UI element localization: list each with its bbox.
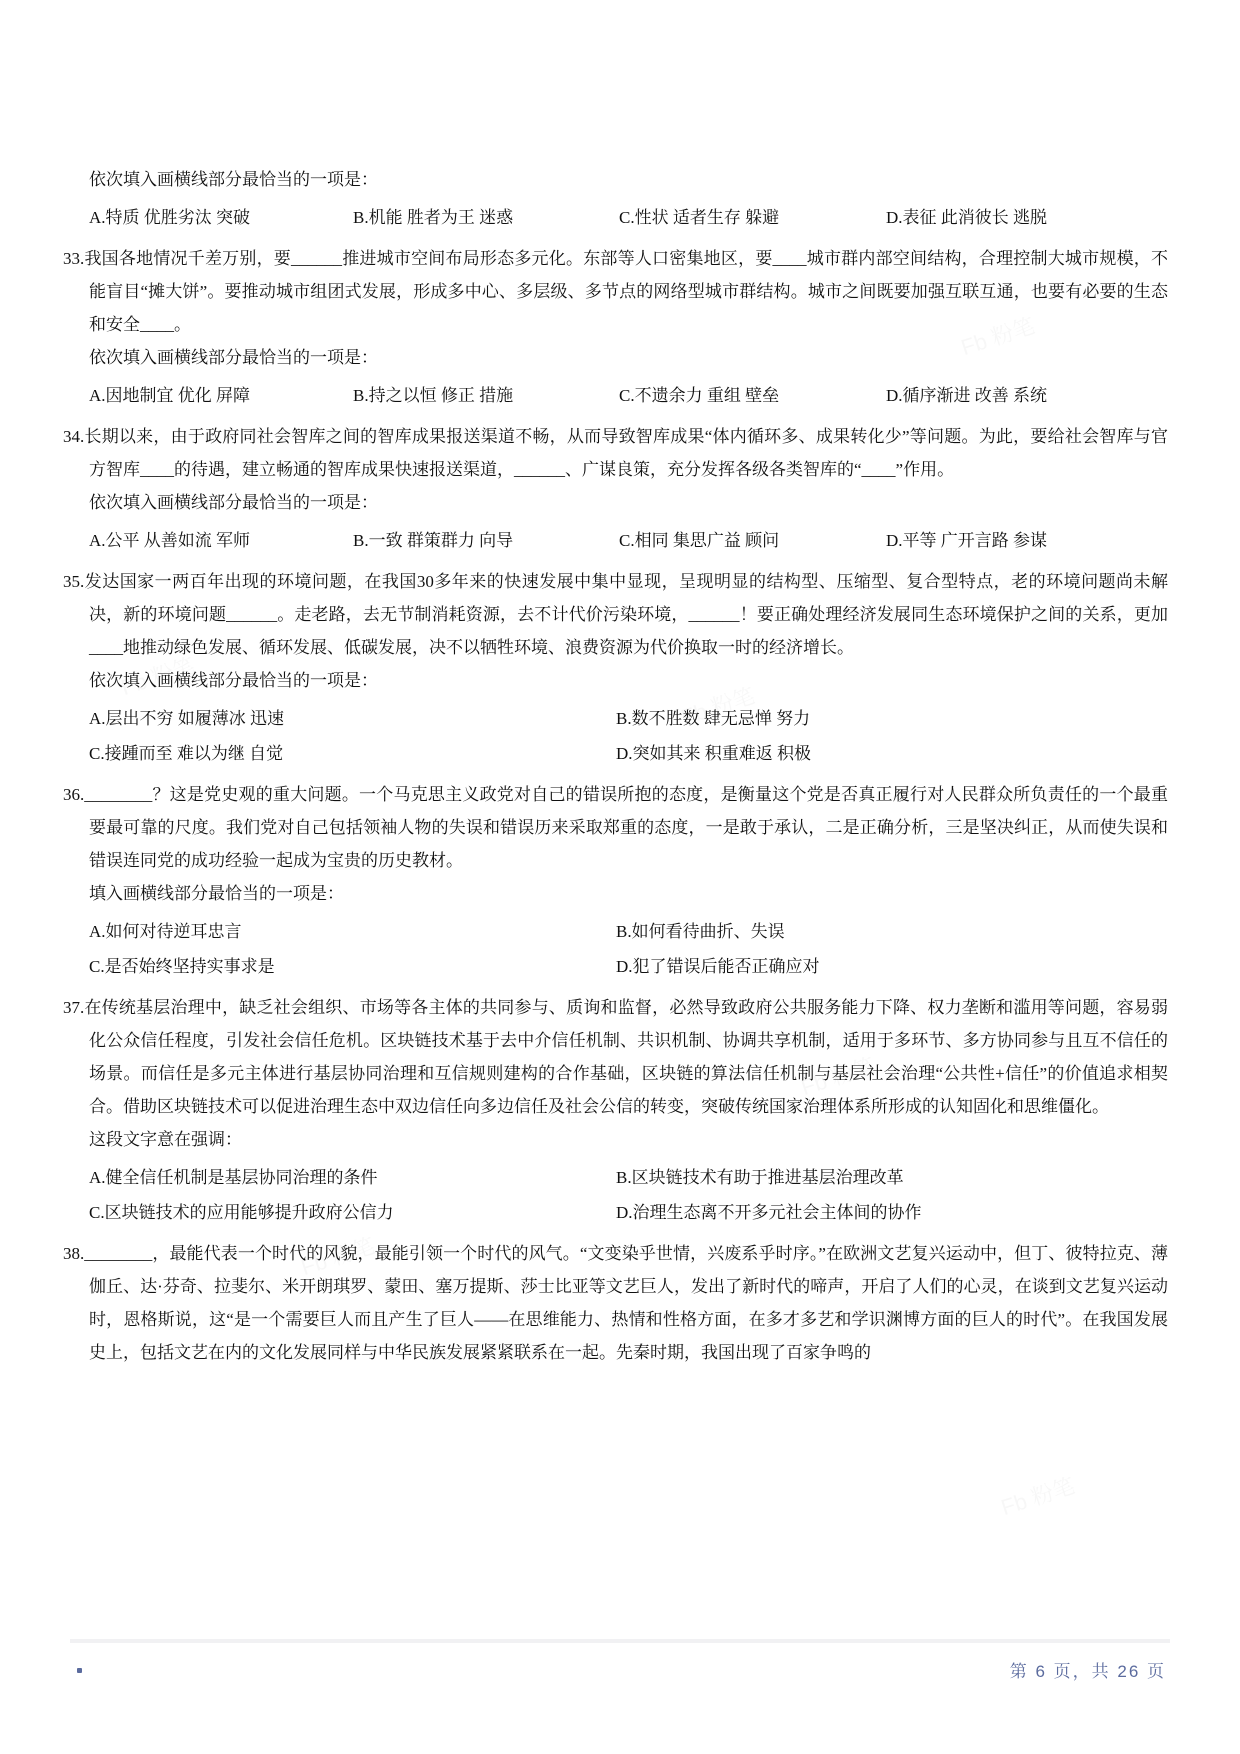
option-d: D.循序渐进 改善 系统 xyxy=(886,379,1168,412)
question-number: 33. xyxy=(63,249,84,268)
question-number: 36. xyxy=(63,785,84,804)
question-stem-text: ________？这是党史观的重大问题。一个马克思主义政党对自己的错误所抱的态度… xyxy=(84,785,1168,870)
exam-document-page: Fb 粉笔 Fb 粉笔 Fb 粉笔 Fb 粉笔 Fb 粉笔 Fb 粉笔 依次填入… xyxy=(0,0,1240,1754)
option-a: A.因地制宜 优化 屏障 xyxy=(89,379,353,412)
option-d: D.突如其来 积重难返 积极 xyxy=(616,737,1168,770)
question-leadin: 填入画横线部分最恰当的一项是： xyxy=(63,877,1168,910)
option-a: A.如何对待逆耳忠言 xyxy=(89,915,616,948)
option-b: B.数不胜数 肆无忌惮 努力 xyxy=(616,702,1168,735)
option-c: C.性状 适者生存 躲避 xyxy=(619,201,886,234)
option-c: C.区块链技术的应用能够提升政府公信力 xyxy=(89,1196,616,1229)
options-row: A.因地制宜 优化 屏障 B.持之以恒 修正 措施 C.不遗余力 重组 壁垒 D… xyxy=(63,379,1168,412)
option-b: B.持之以恒 修正 措施 xyxy=(353,379,619,412)
question-stem-text: ________，最能代表一个时代的风貌，最能引领一个时代的风气。“文变染乎世情… xyxy=(84,1244,1168,1362)
page-content: 依次填入画横线部分最恰当的一项是： A.特质 优胜劣汰 突破 B.机能 胜者为王… xyxy=(63,163,1168,1369)
options-row: A.特质 优胜劣汰 突破 B.机能 胜者为王 迷惑 C.性状 适者生存 躲避 D… xyxy=(63,201,1168,234)
question-stem: 35.发达国家一两百年出现的环境问题，在我国30多年来的快速发展中集中显现，呈现… xyxy=(63,565,1168,664)
question-stem: 36.________？这是党史观的重大问题。一个马克思主义政党对自己的错误所抱… xyxy=(63,778,1168,877)
question-number: 38. xyxy=(63,1244,84,1263)
question-leadin: 依次填入画横线部分最恰当的一项是： xyxy=(63,664,1168,697)
option-c: C.接踵而至 难以为继 自觉 xyxy=(89,737,616,770)
option-b: B.如何看待曲折、失误 xyxy=(616,915,1168,948)
question-stem-text: 长期以来，由于政府同社会智库之间的智库成果报送渠道不畅，从而导致智库成果“体内循… xyxy=(84,427,1168,479)
option-a: A.特质 优胜劣汰 突破 xyxy=(89,201,353,234)
question-38: 38.________，最能代表一个时代的风貌，最能引领一个时代的风气。“文变染… xyxy=(63,1237,1168,1369)
options-grid: A.健全信任机制是基层协同治理的条件 B.区块链技术有助于推进基层治理改革 C.… xyxy=(63,1161,1168,1229)
option-a: A.健全信任机制是基层协同治理的条件 xyxy=(89,1161,616,1194)
question-stem: 38.________，最能代表一个时代的风貌，最能引领一个时代的风气。“文变染… xyxy=(63,1237,1168,1369)
option-a: A.公平 从善如流 军师 xyxy=(89,524,353,557)
option-c: C.是否始终坚持实事求是 xyxy=(89,950,616,983)
options-row: A.公平 从善如流 军师 B.一致 群策群力 向导 C.相同 集思广益 顾问 D… xyxy=(63,524,1168,557)
options-grid: A.层出不穷 如履薄冰 迅速 B.数不胜数 肆无忌惮 努力 C.接踵而至 难以为… xyxy=(63,702,1168,770)
question-leadin: 依次填入画横线部分最恰当的一项是： xyxy=(63,163,1168,196)
option-b: B.一致 群策群力 向导 xyxy=(353,524,619,557)
question-37: 37.在传统基层治理中，缺乏社会组织、市场等各主体的共同参与、质询和监督，必然导… xyxy=(63,991,1168,1229)
question-leadin: 依次填入画横线部分最恰当的一项是： xyxy=(63,341,1168,374)
question-stem-text: 发达国家一两百年出现的环境问题，在我国30多年来的快速发展中集中显现，呈现明显的… xyxy=(84,572,1168,657)
footer-dot xyxy=(77,1668,82,1673)
question-number: 37. xyxy=(63,998,84,1017)
question-stem: 37.在传统基层治理中，缺乏社会组织、市场等各主体的共同参与、质询和监督，必然导… xyxy=(63,991,1168,1123)
option-b: B.机能 胜者为王 迷惑 xyxy=(353,201,619,234)
question-number: 34. xyxy=(63,427,84,446)
option-a: A.层出不穷 如履薄冰 迅速 xyxy=(89,702,616,735)
option-c: C.相同 集思广益 顾问 xyxy=(619,524,886,557)
footer-divider xyxy=(70,1639,1170,1643)
question-32-tail: 依次填入画横线部分最恰当的一项是： A.特质 优胜劣汰 突破 B.机能 胜者为王… xyxy=(63,163,1168,234)
question-stem-text: 在传统基层治理中，缺乏社会组织、市场等各主体的共同参与、质询和监督，必然导致政府… xyxy=(84,998,1168,1116)
question-stem-text: 我国各地情况千差万别，要______推进城市空间布局形态多元化。东部等人口密集地… xyxy=(84,249,1168,334)
question-36: 36.________？这是党史观的重大问题。一个马克思主义政党对自己的错误所抱… xyxy=(63,778,1168,983)
question-34: 34.长期以来，由于政府同社会智库之间的智库成果报送渠道不畅，从而导致智库成果“… xyxy=(63,420,1168,557)
options-grid: A.如何对待逆耳忠言 B.如何看待曲折、失误 C.是否始终坚持实事求是 D.犯了… xyxy=(63,915,1168,983)
question-leadin: 依次填入画横线部分最恰当的一项是： xyxy=(63,486,1168,519)
question-stem: 33.我国各地情况千差万别，要______推进城市空间布局形态多元化。东部等人口… xyxy=(63,242,1168,341)
question-35: 35.发达国家一两百年出现的环境问题，在我国30多年来的快速发展中集中显现，呈现… xyxy=(63,565,1168,770)
watermark: Fb 粉笔 xyxy=(997,1469,1079,1524)
question-number: 35. xyxy=(63,572,84,591)
page-number: 第 6 页，共 26 页 xyxy=(1010,1655,1166,1688)
option-b: B.区块链技术有助于推进基层治理改革 xyxy=(616,1161,1168,1194)
question-stem: 34.长期以来，由于政府同社会智库之间的智库成果报送渠道不畅，从而导致智库成果“… xyxy=(63,420,1168,486)
option-d: D.表征 此消彼长 逃脱 xyxy=(886,201,1168,234)
question-33: 33.我国各地情况千差万别，要______推进城市空间布局形态多元化。东部等人口… xyxy=(63,242,1168,412)
option-d: D.平等 广开言路 参谋 xyxy=(886,524,1168,557)
option-c: C.不遗余力 重组 壁垒 xyxy=(619,379,886,412)
option-d: D.治理生态离不开多元社会主体间的协作 xyxy=(616,1196,1168,1229)
question-leadin: 这段文字意在强调： xyxy=(63,1123,1168,1156)
option-d: D.犯了错误后能否正确应对 xyxy=(616,950,1168,983)
